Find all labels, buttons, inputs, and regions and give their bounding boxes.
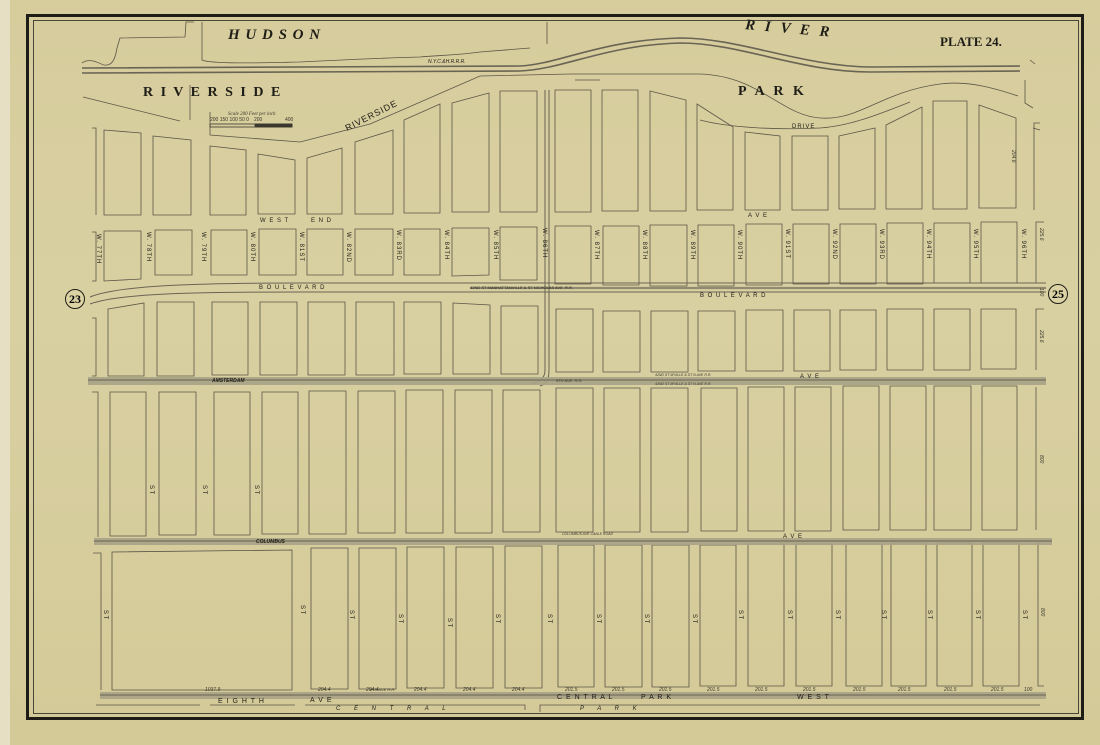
map-linework bbox=[0, 0, 1100, 745]
street-label-w84: W. 84TH bbox=[443, 230, 449, 260]
frontage-value: 201.5 bbox=[755, 688, 768, 693]
street-label-w89: W. 89TH bbox=[689, 230, 695, 260]
columbus-rr-label: COLUMBUS AVE CABLE ROAD bbox=[562, 533, 613, 537]
west-end-label-2: E N D bbox=[311, 218, 332, 224]
street-label-w78: W. 78TH bbox=[145, 232, 151, 262]
st-label: S T bbox=[1021, 610, 1027, 619]
st-label: S T bbox=[348, 610, 354, 619]
railroad-label: N.Y.C.&H.R.R.R. bbox=[428, 60, 466, 65]
boulevard-label-2: B O U L E V A R D bbox=[700, 293, 766, 299]
scale-end: 400 bbox=[285, 118, 293, 123]
st-label: S T bbox=[643, 614, 649, 623]
central-park-label-1: C E N T R A L bbox=[336, 706, 452, 712]
amsterdam-rr-label-1: 42ND ST M'VILLE & ST N AVE R.R. bbox=[655, 374, 711, 378]
columbus-ave-label: A V E bbox=[783, 534, 803, 540]
right-dim: 204.6 bbox=[1010, 150, 1015, 163]
st-label: S T bbox=[446, 618, 452, 627]
street-label-w92: W. 92ND bbox=[831, 229, 837, 260]
street-label-w90: W. 90TH bbox=[736, 230, 742, 260]
plate-ref-right[interactable]: 25 bbox=[1048, 284, 1068, 304]
street-label-w96: W. 96TH bbox=[1020, 229, 1026, 259]
drive-label: DRIVE bbox=[792, 124, 815, 130]
eighth-label: E I G H T H bbox=[218, 698, 265, 705]
riverside-park-label: R I V E R S I D E bbox=[143, 86, 282, 100]
west-end-label-3: A V E bbox=[748, 213, 768, 219]
st-label: S T bbox=[974, 610, 980, 619]
amsterdam-label: AMSTERDAM bbox=[212, 379, 245, 384]
st-label: S T bbox=[299, 605, 305, 614]
right-dim: 100 bbox=[1038, 288, 1043, 296]
frontage-value: 201.5 bbox=[991, 688, 1004, 693]
st-label: S T bbox=[546, 614, 552, 623]
frontage-value: 201.5 bbox=[853, 688, 866, 693]
street-label-w94: W. 94TH bbox=[925, 229, 931, 259]
frontage-value: 204.4 bbox=[512, 688, 525, 693]
street-label-w77: W. 77TH bbox=[95, 234, 101, 264]
st-label: S T bbox=[691, 614, 697, 623]
right-dim: 225.6 bbox=[1038, 330, 1043, 343]
street-label-w95: W. 95TH bbox=[972, 229, 978, 259]
street-label-w93: W. 93RD bbox=[878, 229, 884, 260]
frontage-left: 1037.9 bbox=[205, 688, 220, 693]
st-label: S T bbox=[102, 610, 108, 619]
plate-number: PLATE 24. bbox=[940, 35, 1002, 48]
st-label: S T bbox=[880, 610, 886, 619]
central-park-label-2: P A R K bbox=[580, 706, 643, 712]
columbus-label: COLUMBUS bbox=[256, 540, 285, 545]
frontage-value: 201.5 bbox=[803, 688, 816, 693]
st-label: S T bbox=[494, 614, 500, 623]
hudson-label: H U D S O N bbox=[228, 28, 321, 43]
street-label-w82: W. 82ND bbox=[345, 232, 351, 263]
frontage-value: 204.4 bbox=[414, 688, 427, 693]
frontage-value: 201.5 bbox=[898, 688, 911, 693]
street-label-w88: W. 88TH bbox=[641, 230, 647, 260]
street-label-w80: W. 80TH bbox=[249, 232, 255, 262]
street-label-w87: W. 87TH bbox=[593, 230, 599, 260]
cpw-central-label: C E N T R A L bbox=[557, 694, 613, 701]
street-label-w79: W. 79TH bbox=[200, 232, 206, 262]
frontage-value: 201.5 bbox=[659, 688, 672, 693]
street-label-w91: W. 91ST bbox=[784, 229, 790, 259]
right-dim: 800 bbox=[1039, 608, 1044, 616]
street-label-w86: W. 86TH bbox=[541, 228, 547, 258]
frontage-value: 204.4 bbox=[463, 688, 476, 693]
scale-ticks: 200 150 100 50 0 bbox=[210, 118, 249, 123]
cpw-west-label: W E S T bbox=[797, 694, 830, 701]
st-label: S T bbox=[397, 614, 403, 623]
boulevard-railroad-label: 42ND ST MANHATTANVILLE & ST NICHOLAS AVE… bbox=[470, 286, 573, 290]
park-label: P A R K bbox=[738, 85, 807, 99]
st-label: S T bbox=[834, 610, 840, 619]
st-label: S T bbox=[595, 614, 601, 623]
street-label-w81: W. 81ST bbox=[298, 232, 304, 262]
st-label: S T bbox=[253, 485, 259, 494]
frontage-value: 100 bbox=[1024, 688, 1032, 693]
frontage-value: 204.4 bbox=[318, 688, 331, 693]
cpw-park-label: P A R K bbox=[641, 694, 672, 701]
right-dim: 800 bbox=[1038, 455, 1043, 463]
boulevard-label-1: B O U L E V A R D bbox=[259, 285, 325, 291]
right-dim: 225.6 bbox=[1038, 228, 1043, 241]
amsterdam-rr-label-2: 42ND ST M'VILLE & ST N AVE R.R. bbox=[655, 383, 711, 387]
street-label-w85: W. 85TH bbox=[492, 230, 498, 260]
ninth-ave-rr-label: 9TH AVE. R.R. bbox=[556, 379, 583, 383]
st-label: S T bbox=[926, 610, 932, 619]
scale-mid: 200 bbox=[254, 118, 262, 123]
st-label: S T bbox=[201, 485, 207, 494]
st-label: S T bbox=[148, 485, 154, 494]
st-label: S T bbox=[737, 610, 743, 619]
amsterdam-ave-label: A V E bbox=[800, 374, 820, 380]
frontage-value: 204.4 bbox=[366, 688, 379, 693]
street-label-w83: W. 83RD bbox=[395, 230, 401, 261]
plate-ref-left[interactable]: 23 bbox=[65, 289, 85, 309]
frontage-value: 201.5 bbox=[944, 688, 957, 693]
st-label: S T bbox=[786, 610, 792, 619]
eighth-ave-label: A V E bbox=[310, 697, 333, 704]
frontage-value: 201.5 bbox=[612, 688, 625, 693]
west-end-label-1: W E S T bbox=[260, 218, 289, 224]
frontage-value: 201.5 bbox=[707, 688, 720, 693]
frontage-value: 201.5 bbox=[565, 688, 578, 693]
